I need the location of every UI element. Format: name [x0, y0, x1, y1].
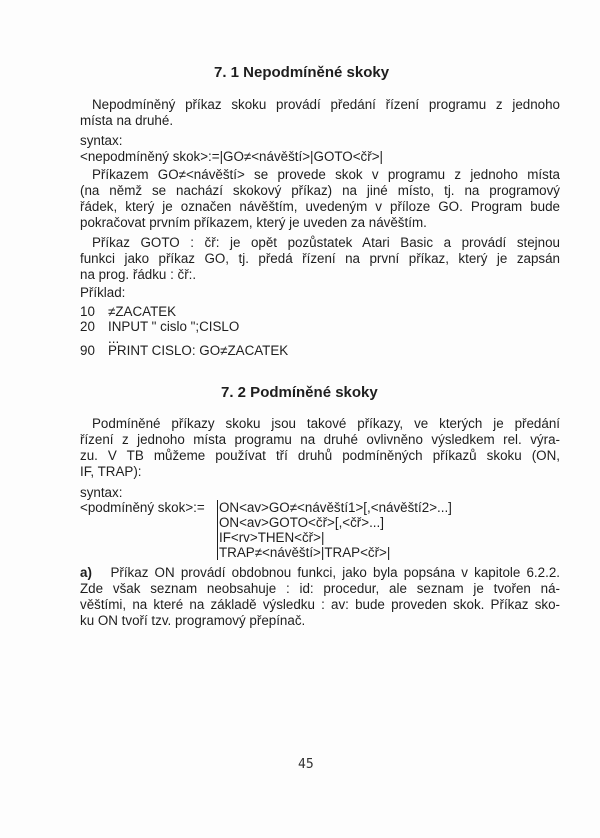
text-line: Nepodmíněný příkaz skoku provádí předání…: [80, 97, 560, 113]
text-line: Zde však seznam neobsahuje : id: procedu…: [80, 581, 560, 597]
example-label: Příklad:: [80, 285, 560, 301]
text-line: ku ON tvoří tzv. programový přepínač.: [80, 613, 560, 629]
text-line: Příkaz GOTO : čř: je opět pozůstatek Ata…: [80, 235, 560, 251]
page-number: 45: [298, 757, 314, 772]
section2-syntax-label: syntax:: [80, 485, 122, 500]
text-line: místa na druhé.: [80, 113, 560, 129]
text-line: pokračovat prvním příkazem, který je uve…: [80, 215, 560, 231]
text-line: Příkazem GO≠<návěští> se provede skok v …: [80, 167, 560, 183]
syntax-label: syntax:: [80, 133, 560, 149]
text-line: funkci jako příkaz GO, tj. předá řízení …: [80, 251, 560, 267]
text-line: IF, TRAP):: [80, 464, 560, 480]
section2-item-a: a) Příkaz ON provádí obdobnou funkci, ja…: [80, 565, 560, 629]
example-code: 10≠ZACATEK 20INPUT " cislo ";CISLO ... 9…: [80, 304, 288, 358]
syntax-alternative: ON<av>GOTO<čř>[,<čř>...]: [219, 515, 452, 530]
section-heading-7-1: 7. 1 Nepodmíněné skoky: [214, 64, 389, 81]
document-page: 7. 1 Nepodmíněné skoky Nepodmíněný příka…: [0, 0, 600, 838]
section1-para3: Příkaz GOTO : čř: je opět pozůstatek Ata…: [80, 235, 560, 283]
code-line: 90PRINT CISLO: GO≠ZACATEK: [80, 343, 288, 358]
syntax-alternative: IF<rv>THEN<čř>|: [219, 530, 452, 545]
section2-syntax-lhs: <podmíněný skok>:=: [80, 500, 205, 515]
section1-para2: Příkazem GO≠<návěští> se provede skok v …: [80, 167, 560, 231]
section2-syntax-alternatives: ON<av>GO≠<návěští1>[,<návěští2>...] ON<a…: [217, 500, 452, 560]
code-line: ...: [80, 334, 288, 343]
text-line: řízení z jednoho místa programu na druhé…: [80, 432, 560, 448]
list-marker: a): [80, 565, 92, 580]
text-line: řádek, který je označen návěštím, uveden…: [80, 199, 560, 215]
section-heading-7-2: 7. 2 Podmíněné skoky: [221, 384, 378, 401]
code-line: 10≠ZACATEK: [80, 304, 288, 319]
section2-intro: Podmíněné příkazy skoku jsou takové přík…: [80, 416, 560, 480]
syntax-rule: <nepodmíněný skok>:=|GO≠<návěští>|GOTO<č…: [80, 149, 560, 165]
section1-syntax: syntax: <nepodmíněný skok>:=|GO≠<návěští…: [80, 133, 560, 165]
syntax-alternative: ON<av>GO≠<návěští1>[,<návěští2>...]: [219, 500, 452, 515]
text-line: na prog. řádku : čř:.: [80, 267, 560, 283]
text-line: a) Příkaz ON provádí obdobnou funkci, ja…: [80, 565, 560, 581]
text-line: Podmíněné příkazy skoku jsou takové přík…: [80, 416, 560, 432]
section1-intro: Nepodmíněný příkaz skoku provádí předání…: [80, 97, 560, 129]
text-line: zu. V TB můžeme používat tří druhů podmí…: [80, 448, 560, 464]
text-line: věštími, na které na základě výsledku : …: [80, 597, 560, 613]
syntax-alternative: TRAP≠<návěští>|TRAP<čř>|: [219, 545, 452, 560]
text-line: (na němž se nachází skokový příkaz) na j…: [80, 183, 560, 199]
